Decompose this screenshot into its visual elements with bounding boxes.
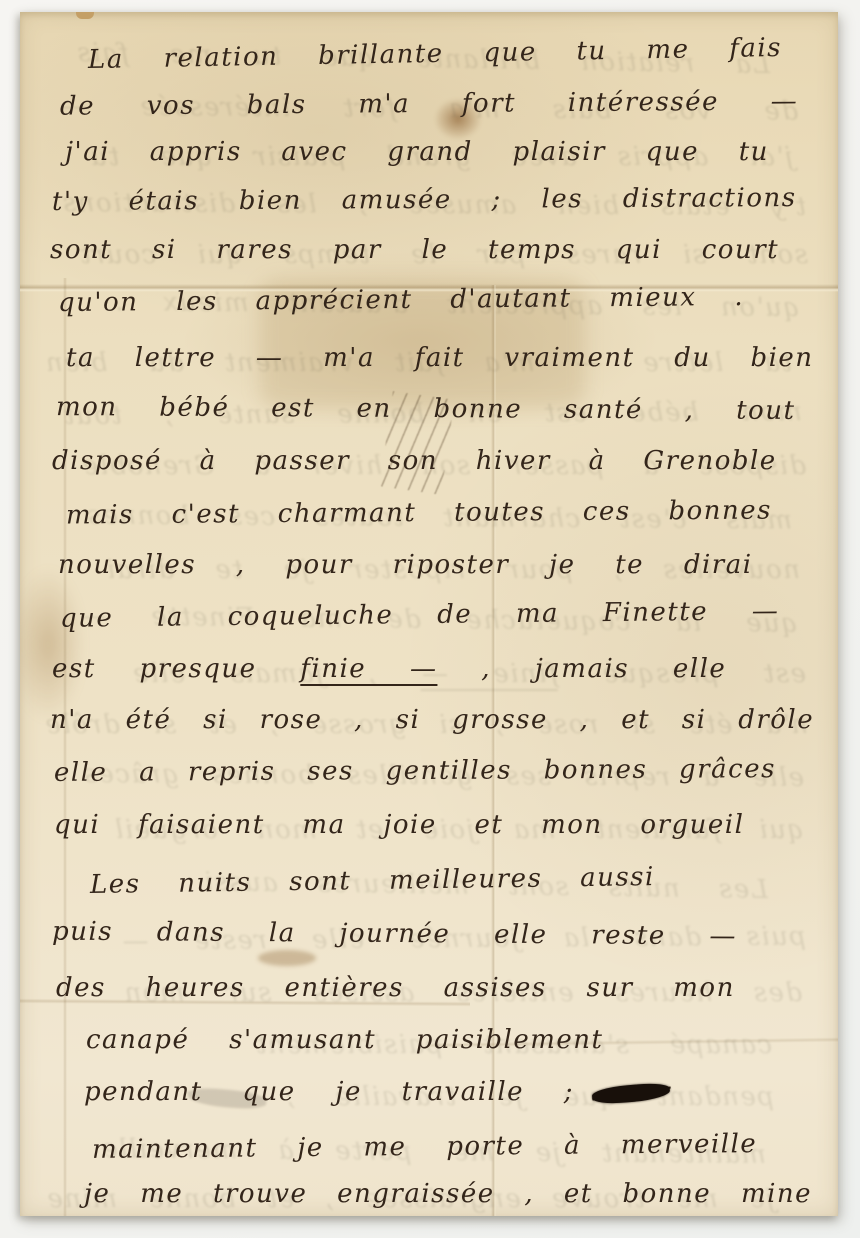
letter-line: que la coqueluche de ma Finette — [60,597,780,634]
letter-line: mais c'est charmant toutes ces bonnes [66,497,772,532]
letter-line: La relation brillante que tu me fais [88,34,782,76]
letter-line: j'ai appris avec grand plaisir que tu [65,138,769,168]
letter-line: pendant que je travaille ; [84,1078,670,1108]
line-segment: , jamais elle [437,654,726,684]
letter-line: qui faisaient ma joie et mon orgueil [54,811,744,841]
letter-line: qu'on les apprécient d'autant mieux . [58,283,744,319]
letter-line: des heures entières assises sur mon [56,974,735,1004]
letter-line: de vos bals m'a fort intéressée — [60,87,798,122]
line-segment: pendant que je travaille ; [84,1077,574,1107]
letter-line: n'a été si rose , si grosse , et si drôl… [50,706,814,736]
letter-line: disposé à passer son hiver à Grenoble [52,447,777,477]
scan-background: La relation brillante que tu me fais de … [0,0,860,1238]
letter-line: mon bébé est en bonne santé , tout [56,393,796,427]
letter-line: nouvelles , pour riposter je te dirai [58,551,753,581]
letter-line: elle a repris ses gentilles bonnes grâce… [54,755,776,789]
letter-line: canapé s'amusant paisiblement [86,1026,604,1056]
line-segment: est presque [52,654,300,684]
letter-line: ta lettre — m'a fait vraiment du bien [66,344,814,374]
letter-paper: La relation brillante que tu me fais de … [20,12,838,1216]
letter-line: Les nuits sont meilleures aussi [90,863,655,901]
handwritten-text-block: La relation brillante que tu me fais de … [20,12,838,1216]
letter-line: est presque finie — , jamais elle [52,655,726,685]
letter-line: t'y étais bien amusée ; les distractions [52,184,797,218]
letter-line: je me trouve engraissée , et bonne mine [84,1180,812,1210]
underlined-word: finie — [300,654,437,684]
ink-scribble-redaction [591,1081,670,1105]
letter-line: maintenant je me porte à merveille [92,1130,757,1166]
letter-line: sont si rares par le temps qui court [50,236,779,266]
letter-line: puis dans la journée elle reste — [52,918,737,953]
